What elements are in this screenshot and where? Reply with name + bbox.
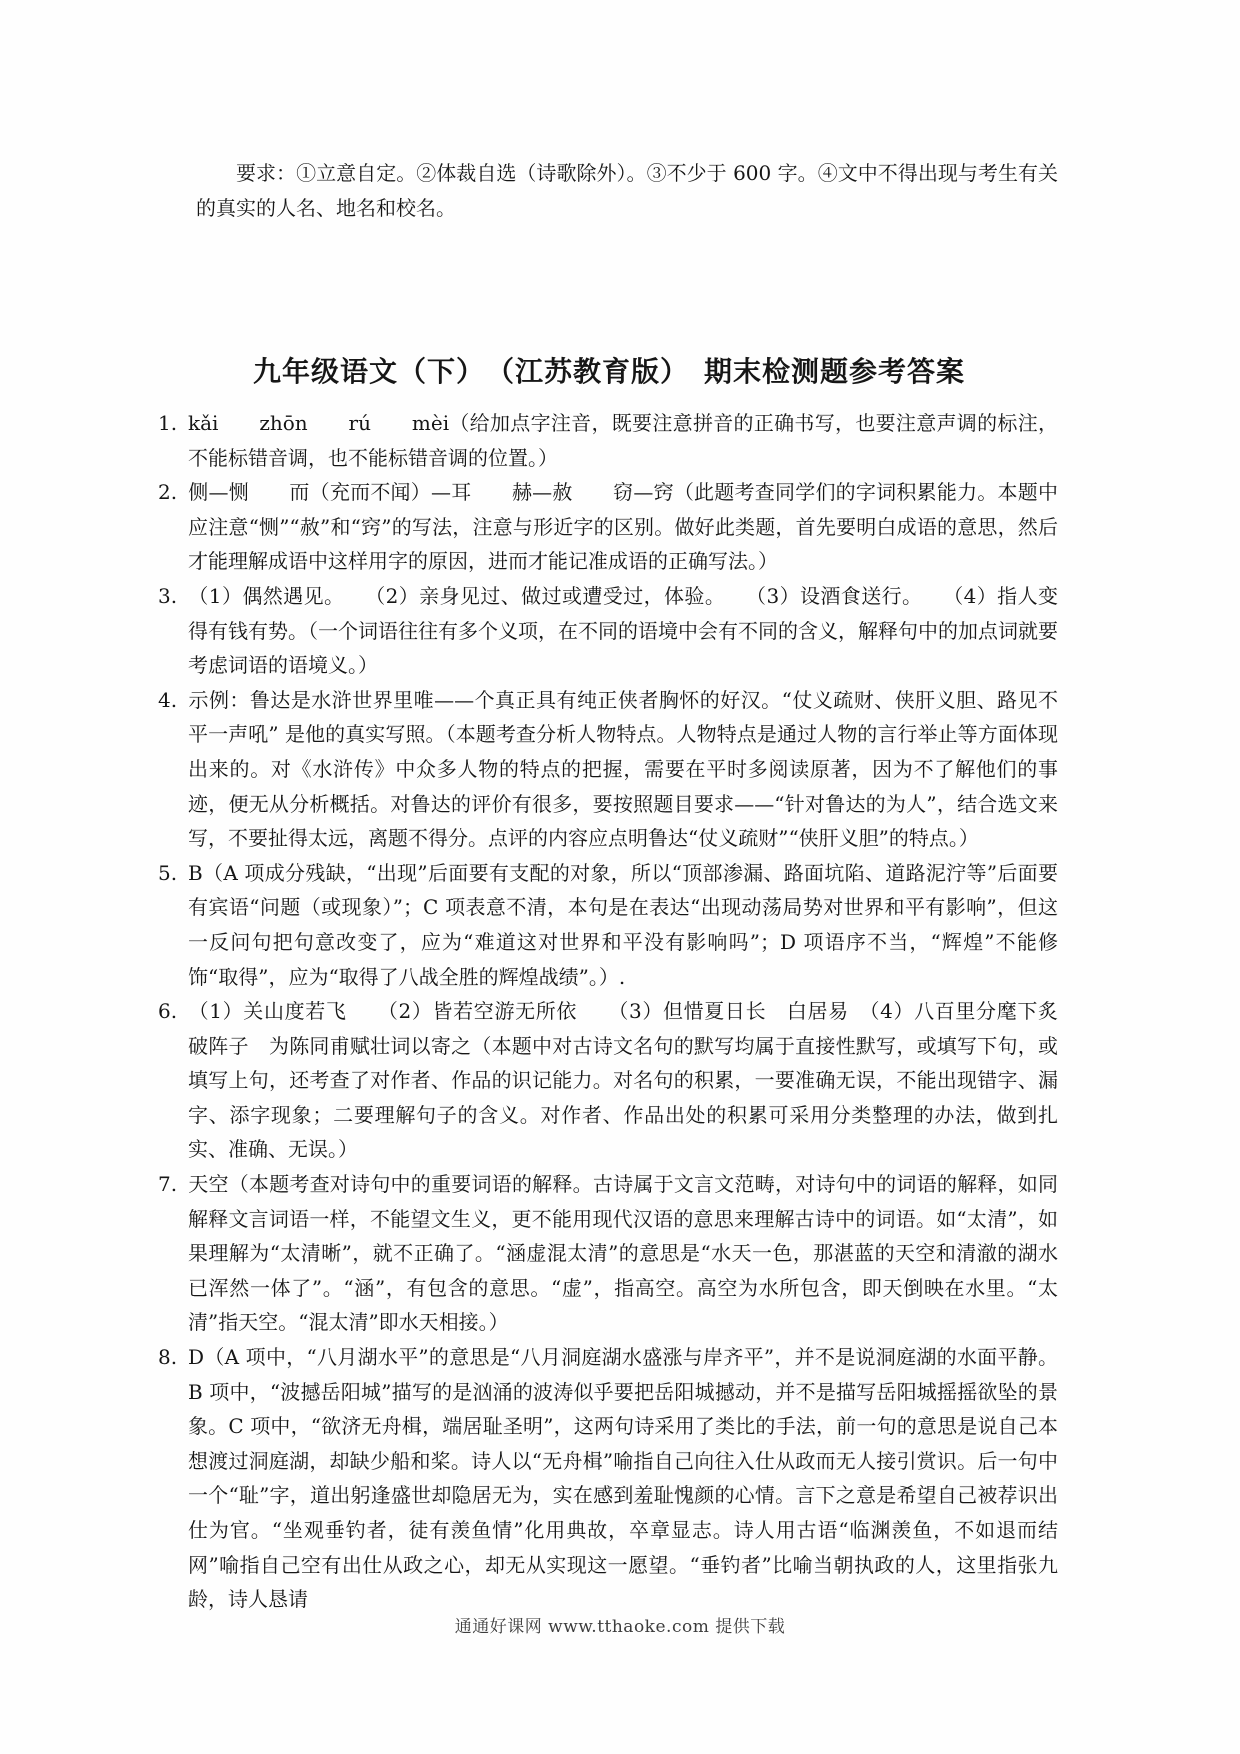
answer-text: kǎi zhōn rú mèi（给加点字注音，既要注意拼音的正确书写，也要注意声…	[188, 411, 1058, 470]
answer-text: 天空（本题考查对诗句中的重要词语的解释。古诗属于文言文范畴，对诗句中的词语的解释…	[188, 1172, 1058, 1334]
answer-number: 3.	[158, 579, 188, 614]
answer-item-1: 1.kǎi zhōn rú mèi（给加点字注音，既要注意拼音的正确书写，也要注…	[158, 406, 1058, 475]
answer-number: 8.	[158, 1340, 188, 1375]
answer-number: 4.	[158, 683, 188, 718]
answer-item-2: 2.侧—恻 而（充而不闻）—耳 赫—赦 窃—窍（此题考查同学们的字词积累能力。本…	[158, 475, 1058, 579]
answer-text: 示例：鲁达是水浒世界里唯——个真正具有纯正侠者胸怀的好汉。“仗义疏财、侠肝义胆、…	[188, 688, 1058, 850]
answer-number: 6.	[158, 994, 188, 1029]
answer-text: D（A 项中，“八月湖水平”的意思是“八月洞庭湖水盛涨与岸齐平”，并不是说洞庭湖…	[188, 1345, 1058, 1611]
document-page: 要求：①立意自定。②体裁自选（诗歌除外）。③不少于 600 字。④文中不得出现与…	[0, 0, 1240, 1754]
answer-key-title: 九年级语文（下） （江苏教育版） 期末检测题参考答案	[160, 350, 1058, 390]
answer-item-5: 5.B（A 项成分残缺，“出现”后面要有支配的对象，所以“顶部渗漏、路面坑陷、道…	[158, 856, 1058, 994]
answer-number: 1.	[158, 406, 188, 441]
answer-item-3: 3.（1）偶然遇见。 （2）亲身见过、做过或遭受过，体验。 （3）设酒食送行。 …	[158, 579, 1058, 683]
answer-list: 1.kǎi zhōn rú mèi（给加点字注音，既要注意拼音的正确书写，也要注…	[158, 406, 1058, 1617]
answer-text: （1）偶然遇见。 （2）亲身见过、做过或遭受过，体验。 （3）设酒食送行。 （4…	[188, 584, 1058, 677]
answer-number: 5.	[158, 856, 188, 891]
answer-item-8: 8.D（A 项中，“八月湖水平”的意思是“八月洞庭湖水盛涨与岸齐平”，并不是说洞…	[158, 1340, 1058, 1617]
answer-number: 7.	[158, 1167, 188, 1202]
answer-text: B（A 项成分残缺，“出现”后面要有支配的对象，所以“顶部渗漏、路面坑陷、道路泥…	[188, 861, 1058, 989]
essay-requirements-paragraph: 要求：①立意自定。②体裁自选（诗歌除外）。③不少于 600 字。④文中不得出现与…	[196, 156, 1058, 226]
answer-number: 2.	[158, 475, 188, 510]
answer-item-7: 7.天空（本题考查对诗句中的重要词语的解释。古诗属于文言文范畴，对诗句中的词语的…	[158, 1167, 1058, 1340]
answer-text: （1）关山度若飞 （2）皆若空游无所依 （3）但惜夏日长 白居易 （4）八百里分…	[188, 999, 1098, 1161]
answer-item-4: 4.示例：鲁达是水浒世界里唯——个真正具有纯正侠者胸怀的好汉。“仗义疏财、侠肝义…	[158, 683, 1058, 856]
watermark-footer: 通通好课网 www.tthaoke.com 提供下载	[0, 1612, 1240, 1637]
answer-text: 侧—恻 而（充而不闻）—耳 赫—赦 窃—窍（此题考查同学们的字词积累能力。本题中…	[188, 480, 1058, 573]
answer-item-6: 6.（1）关山度若飞 （2）皆若空游无所依 （3）但惜夏日长 白居易 （4）八百…	[158, 994, 1058, 1167]
